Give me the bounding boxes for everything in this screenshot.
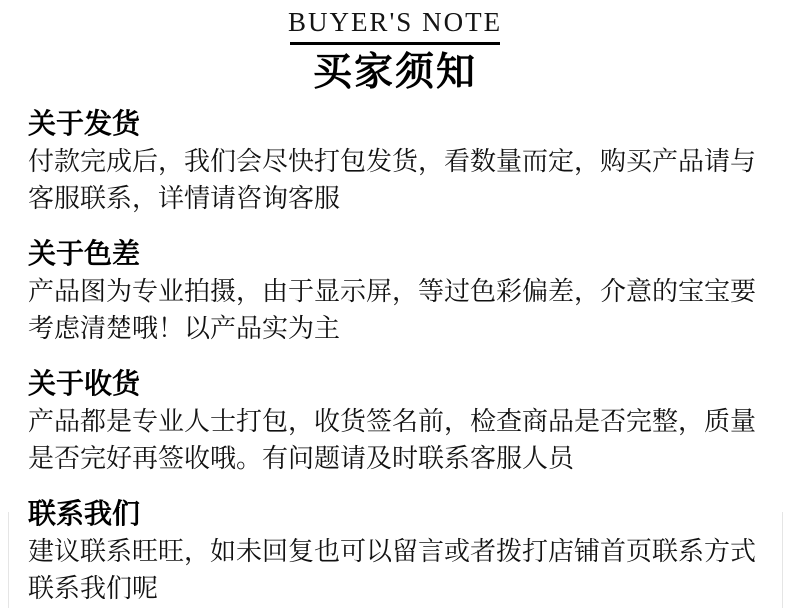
- section-color-difference-body: 产品图为专业拍摄，由于显示屏，等过色彩偏差，介意的宝宝要 考虑清楚哦！以产品实为…: [28, 273, 762, 347]
- page-title-english: BUYER'S NOTE: [0, 6, 790, 38]
- section-shipping: 关于发货 付款完成后，我们会尽快打包发货，看数量而定，购买产品请与 客服联系，详…: [28, 106, 762, 217]
- section-shipping-body: 付款完成后，我们会尽快打包发货，看数量而定，购买产品请与 客服联系，详情请咨询客…: [28, 143, 762, 217]
- body-line: 建议联系旺旺，如未回复也可以留言或者拨打店铺首页联系方式: [28, 533, 762, 570]
- page-header: BUYER'S NOTE 买家须知: [0, 0, 790, 95]
- body-line: 考虑清楚哦！以产品实为主: [28, 310, 762, 347]
- body-line: 联系我们呢: [28, 570, 762, 607]
- title-underline: [290, 42, 500, 45]
- section-receiving: 关于收货 产品都是专业人士打包，收货签名前，检查商品是否完整，质量 是否完好再签…: [28, 366, 762, 477]
- section-contact-us-heading: 联系我们: [28, 496, 762, 532]
- body-line: 客服联系，详情请咨询客服: [28, 180, 762, 217]
- section-receiving-body: 产品都是专业人士打包，收货签名前，检查商品是否完整，质量 是否完好再签收哦。有问…: [28, 403, 762, 477]
- section-color-difference-heading: 关于色差: [28, 236, 762, 272]
- section-shipping-heading: 关于发货: [28, 106, 762, 142]
- section-color-difference: 关于色差 产品图为专业拍摄，由于显示屏，等过色彩偏差，介意的宝宝要 考虑清楚哦！…: [28, 236, 762, 347]
- section-contact-us-body: 建议联系旺旺，如未回复也可以留言或者拨打店铺首页联系方式 联系我们呢: [28, 533, 762, 607]
- body-line: 产品都是专业人士打包，收货签名前，检查商品是否完整，质量: [28, 403, 762, 440]
- section-contact-us: 联系我们 建议联系旺旺，如未回复也可以留言或者拨打店铺首页联系方式 联系我们呢: [28, 496, 762, 607]
- notice-content: 关于发货 付款完成后，我们会尽快打包发货，看数量而定，购买产品请与 客服联系，详…: [0, 106, 790, 607]
- body-line: 付款完成后，我们会尽快打包发货，看数量而定，购买产品请与: [28, 143, 762, 180]
- buyer-note-page: BUYER'S NOTE 买家须知 关于发货 付款完成后，我们会尽快打包发货，看…: [0, 0, 790, 608]
- page-title-chinese: 买家须知: [0, 50, 790, 95]
- left-page-border: [8, 512, 9, 608]
- right-page-border: [782, 512, 783, 608]
- body-line: 产品图为专业拍摄，由于显示屏，等过色彩偏差，介意的宝宝要: [28, 273, 762, 310]
- body-line: 是否完好再签收哦。有问题请及时联系客服人员: [28, 440, 762, 477]
- section-receiving-heading: 关于收货: [28, 366, 762, 402]
